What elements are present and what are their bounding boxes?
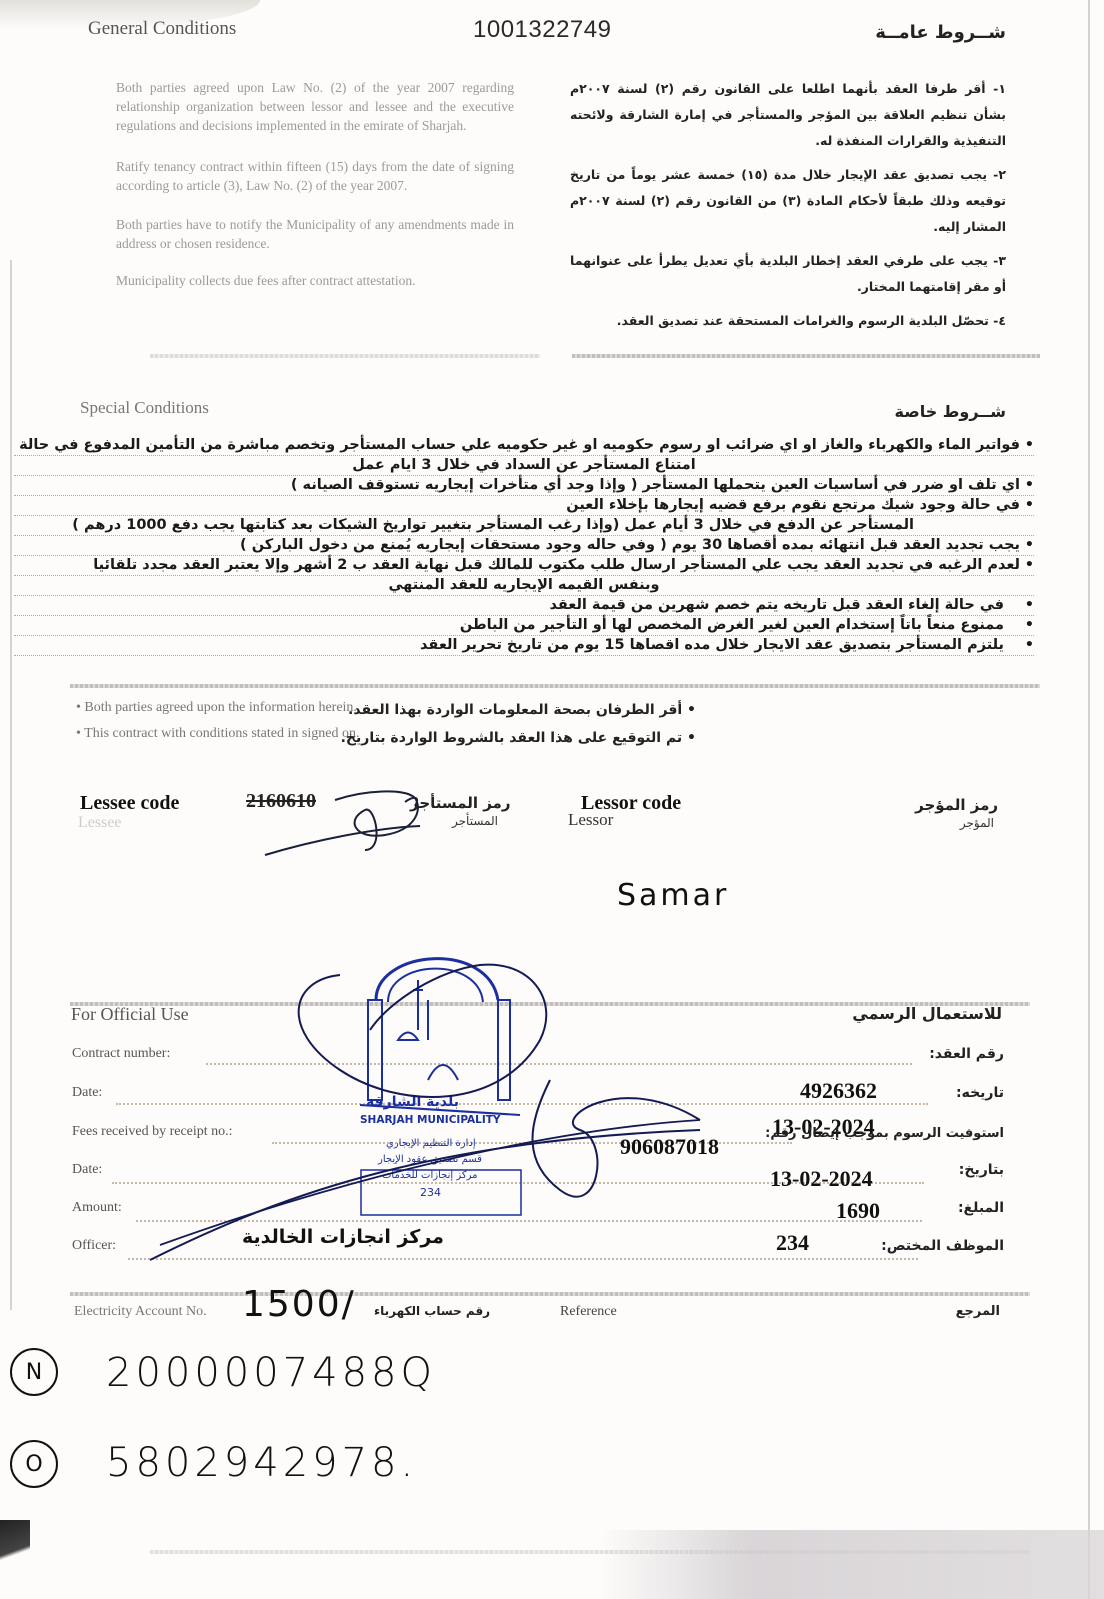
reference-label: Reference (560, 1304, 617, 1320)
special-condition: اي تلف او ضرر في أساسيات العين يتحملها ا… (14, 476, 1034, 496)
fees-receipt-label-ar: استوفيت الرسوم بموجب إيصال رقم: (765, 1126, 1004, 1141)
special-conditions-list: فواتير الماء والكهرباء والغاز او اي ضرائ… (14, 436, 1034, 656)
special-condition: في حالة وجود شيك مرتجع نقوم برفع قضيه إي… (14, 496, 1034, 516)
clause-ar: ٣- يجب على طرفي العقد إخطار البلدية بأي … (570, 248, 1006, 300)
clause-en: Ratify tenancy contract within fifteen (… (94, 157, 514, 195)
lessee-code-label-ar: رمز المستأجر (410, 794, 510, 812)
special-condition: يجب تجديد العقد قبل انتهائه بمده أقصاها … (14, 536, 1034, 556)
lessor-sub-label: Lessor (568, 810, 613, 830)
officer-label: Officer: (72, 1238, 116, 1254)
special-condition: فواتير الماء والكهرباء والغاز او اي ضرائ… (14, 436, 1034, 456)
handwritten-name: Samar (617, 878, 729, 913)
officer-value: 234 (776, 1230, 809, 1256)
tenancy-contract-page: General Conditions 1001322749 شــروط عام… (0, 0, 1104, 1599)
contract-number-value: 4926362 (800, 1078, 877, 1104)
receipt-date-label: Date: (72, 1162, 102, 1178)
clause-ar: ٤- تحصّل البلدية الرسوم والغرامات المستح… (570, 308, 1006, 334)
handwritten-number: 2000007488Q (106, 1350, 436, 1396)
note-circle-n: N (10, 1348, 58, 1396)
official-use-title-ar: للاستعمال الرسمي (852, 1004, 1002, 1023)
special-condition-continued: امتناع المستأجر عن السداد في خلال 3 ايام… (14, 456, 1034, 476)
special-condition-continued: وبنفس القيمه الإيجاريه للعقد المنتهي (14, 576, 1034, 596)
section-divider (572, 354, 1040, 358)
section-divider (70, 684, 1040, 688)
special-condition-continued: المستأجر عن الدفع في خلال 3 أيام عمل (وإ… (14, 516, 1034, 536)
lessee-sub-label-ar: المستأجر (452, 814, 498, 828)
agreement-line-en: • This contract with conditions stated i… (76, 726, 359, 742)
clause-en: Both parties have to notify the Municipa… (94, 215, 514, 253)
lessee-signature (255, 780, 425, 860)
clause-ar: ٢- يجب تصديق عقد الإيجار خلال مدة (١٥) خ… (570, 162, 1006, 240)
amount-label: Amount: (72, 1200, 122, 1216)
clause-en: Municipality collects due fees after con… (94, 271, 514, 290)
agreement-line-en: • Both parties agreed upon the informati… (76, 700, 357, 716)
lessee-code-label: Lessee code (80, 792, 179, 815)
special-condition: ممنوع منعاً باتاً إستخدام العين لغير الغ… (14, 616, 1034, 636)
section-divider (70, 1292, 1030, 1296)
paper-edge (10, 260, 12, 1310)
receipt-date-label-ar: بتاريخ: (959, 1162, 1004, 1178)
amount-label-ar: المبلغ: (958, 1200, 1004, 1216)
receipt-date-value: 13-02-2024 (770, 1166, 873, 1192)
general-conditions-ar: ١- أقر طرفا العقد بأنهما اطلعا على القان… (570, 76, 1006, 334)
date-label: Date: (72, 1085, 102, 1101)
section-divider (150, 354, 540, 358)
electricity-account-label: Electricity Account No. (74, 1304, 207, 1320)
agreement-line-ar: • تم التوقيع على هذا العقد بالشروط الوار… (341, 730, 696, 746)
contract-number-label-ar: رقم العقد: (929, 1046, 1004, 1062)
officer-label-ar: الموظف المختص: (881, 1238, 1004, 1254)
general-conditions-title: General Conditions (88, 18, 236, 40)
special-condition: لعدم الرغبه في تجديد العقد يجب علي المست… (14, 556, 1034, 576)
special-condition: في حالة إلغاء العقد قبل تاريخه يتم خصم ش… (14, 596, 1034, 616)
paper-shadow (0, 1520, 30, 1599)
special-conditions-title-ar: شــروط خاصة (895, 402, 1006, 421)
clause-ar: ١- أقر طرفا العقد بأنهما اطلعا على القان… (570, 76, 1006, 154)
reference-label-ar: المرجع (956, 1304, 1000, 1319)
note-circle-o: O (10, 1440, 58, 1488)
general-conditions-en: Both parties agreed upon Law No. (2) of … (94, 78, 514, 290)
document-number: 1001322749 (473, 16, 611, 44)
electricity-account-value: 1500/ (242, 1284, 356, 1325)
agreement-line-ar: • أقر الطرفان بصحة المعلومات الواردة بهذ… (348, 702, 696, 718)
amount-value: 1690 (836, 1198, 880, 1224)
lessor-code-label-ar: رمز المؤجر (915, 796, 998, 814)
date-label-ar: تاريخه: (956, 1085, 1004, 1101)
general-conditions-title-ar: شــروط عامــة (875, 22, 1006, 43)
paper-shadow (600, 1530, 1104, 1599)
lessor-sub-label-ar: المؤجر (960, 816, 994, 830)
special-condition: يلتزم المستأجر بتصديق عقد الايجار خلال م… (14, 636, 1034, 656)
clause-en: Both parties agreed upon Law No. (2) of … (94, 78, 514, 135)
lessee-sub-label: Lessee (78, 814, 122, 832)
handwritten-number: 5802942978. (106, 1440, 417, 1486)
special-conditions-title: Special Conditions (80, 398, 209, 418)
paper-edge (1088, 0, 1090, 1599)
electricity-account-label-ar: رقم حساب الكهرباء (374, 1304, 490, 1318)
officer-signature (140, 960, 740, 1280)
